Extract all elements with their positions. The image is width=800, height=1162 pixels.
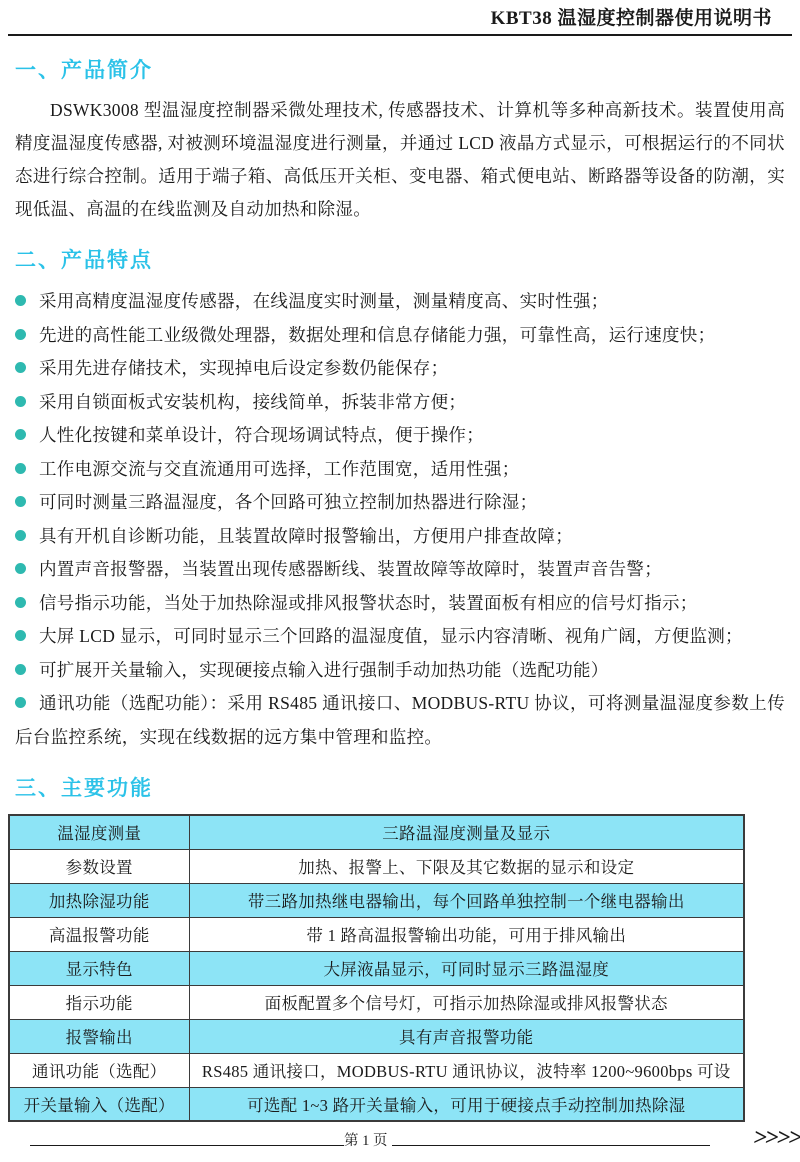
function-desc-cell: 带三路加热继电器输出，每个回路单独控制一个继电器输出 — [189, 883, 744, 917]
feature-item: 采用自锁面板式安装机构，接线简单，拆装非常方便； — [15, 386, 785, 420]
feature-text: 具有开机自诊断功能，且装置故障时报警输出，方便用户排查故障； — [39, 526, 573, 546]
feature-text: 通讯功能（选配功能）：采用 RS485 通讯接口、MODBUS-RTU 协议，可… — [15, 693, 785, 747]
function-name-cell: 报警输出 — [9, 1019, 189, 1053]
feature-text: 大屏 LCD 显示，可同时显示三个回路的温湿度值，显示内容清晰、视角广阔，方便监… — [39, 626, 743, 646]
function-desc-cell: 三路温湿度测量及显示 — [189, 815, 744, 849]
header-divider — [8, 34, 792, 36]
section-heading-functions: 三、主要功能 — [15, 774, 800, 804]
function-name-cell: 显示特色 — [9, 951, 189, 985]
table-row: 高温报警功能 带 1 路高温报警输出功能，可用于排风输出 — [9, 917, 744, 951]
bullet-icon — [15, 697, 26, 708]
function-name-cell: 指示功能 — [9, 985, 189, 1019]
bullet-icon — [15, 396, 26, 407]
feature-item: 具有开机自诊断功能，且装置故障时报警输出，方便用户排查故障； — [15, 520, 785, 554]
table-row: 指示功能 面板配置多个信号灯，可指示加热除湿或排风报警状态 — [9, 985, 744, 1019]
feature-item: 人性化按键和菜单设计，符合现场调试特点，便于操作； — [15, 419, 785, 453]
feature-item: 采用先进存储技术，实现掉电后设定参数仍能保存； — [15, 352, 785, 386]
feature-text: 可同时测量三路温湿度，各个回路可独立控制加热器进行除湿； — [39, 492, 537, 512]
feature-text: 采用高精度温湿度传感器，在线温度实时测量，测量精度高、实时性强； — [39, 291, 609, 311]
page-footer: 第 1 页 >>>> — [0, 1114, 800, 1156]
bullet-icon — [15, 597, 26, 608]
bullet-icon — [15, 496, 26, 507]
function-desc-cell: 面板配置多个信号灯，可指示加热除湿或排风报警状态 — [189, 985, 744, 1019]
intro-paragraph: DSWK3008 型温湿度控制器采微处理技术, 传感器技术、计算机等多种高新技术… — [15, 94, 785, 226]
table-row: 加热除湿功能 带三路加热继电器输出，每个回路单独控制一个继电器输出 — [9, 883, 744, 917]
feature-item: 可扩展开关量输入，实现硬接点输入进行强制手动加热功能（选配功能） — [15, 654, 785, 688]
page-number: 第 1 页 — [344, 1129, 388, 1150]
function-desc-cell: 大屏液晶显示，可同时显示三路温湿度 — [189, 951, 744, 985]
bullet-icon — [15, 295, 26, 306]
bullet-icon — [15, 329, 26, 340]
doc-title: KBT38 温湿度控制器使用说明书 — [8, 6, 772, 32]
feature-item: 大屏 LCD 显示，可同时显示三个回路的温湿度值，显示内容清晰、视角广阔，方便监… — [15, 620, 785, 654]
feature-text: 采用先进存储技术，实现掉电后设定参数仍能保存； — [39, 358, 448, 378]
table-row: 显示特色 大屏液晶显示，可同时显示三路温湿度 — [9, 951, 744, 985]
feature-item: 可同时测量三路温湿度，各个回路可独立控制加热器进行除湿； — [15, 486, 785, 520]
function-desc-cell: 具有声音报警功能 — [189, 1019, 744, 1053]
section-heading-intro: 一、产品简介 — [15, 56, 800, 86]
feature-item: 内置声音报警器，当装置出现传感器断线、装置故障等故障时，装置声音告警； — [15, 553, 785, 587]
feature-item: 通讯功能（选配功能）：采用 RS485 通讯接口、MODBUS-RTU 协议，可… — [15, 687, 785, 754]
footer-rule-right — [392, 1145, 710, 1146]
next-page-marker: >>>> — [751, 1125, 800, 1152]
function-desc-cell: 加热、报警上、下限及其它数据的显示和设定 — [189, 849, 744, 883]
bullet-icon — [15, 563, 26, 574]
function-desc-cell: 带 1 路高温报警输出功能，可用于排风输出 — [189, 917, 744, 951]
feature-text: 内置声音报警器，当装置出现传感器断线、装置故障等故障时，装置声音告警； — [39, 559, 662, 579]
feature-item: 采用高精度温湿度传感器，在线温度实时测量，测量精度高、实时性强； — [15, 285, 785, 319]
feature-text: 工作电源交流与交直流通用可选择，工作范围宽，适用性强； — [39, 459, 520, 479]
bullet-icon — [15, 664, 26, 675]
feature-text: 先进的高性能工业级微处理器，数据处理和信息存储能力强，可靠性高，运行速度快； — [39, 325, 715, 345]
functions-table: 温湿度测量 三路温湿度测量及显示 参数设置 加热、报警上、下限及其它数据的显示和… — [8, 814, 745, 1122]
doc-header: KBT38 温湿度控制器使用说明书 — [0, 6, 800, 36]
feature-item: 信号指示功能，当处于加热除湿或排风报警状态时，装置面板有相应的信号灯指示； — [15, 587, 785, 621]
table-row: 报警输出 具有声音报警功能 — [9, 1019, 744, 1053]
function-name-cell: 高温报警功能 — [9, 917, 189, 951]
feature-text: 采用自锁面板式安装机构，接线简单，拆装非常方便； — [39, 392, 466, 412]
function-name-cell: 通讯功能（选配） — [9, 1053, 189, 1087]
features-list: 采用高精度温湿度传感器，在线温度实时测量，测量精度高、实时性强； 先进的高性能工… — [15, 285, 785, 754]
bullet-icon — [15, 362, 26, 373]
table-row: 参数设置 加热、报警上、下限及其它数据的显示和设定 — [9, 849, 744, 883]
feature-text: 可扩展开关量输入，实现硬接点输入进行强制手动加热功能（选配功能） — [39, 660, 609, 680]
function-name-cell: 温湿度测量 — [9, 815, 189, 849]
bullet-icon — [15, 530, 26, 541]
table-row: 通讯功能（选配） RS485 通讯接口，MODBUS-RTU 通讯协议，波特率 … — [9, 1053, 744, 1087]
feature-text: 人性化按键和菜单设计，符合现场调试特点，便于操作； — [39, 425, 484, 445]
feature-item: 工作电源交流与交直流通用可选择，工作范围宽，适用性强； — [15, 453, 785, 487]
footer-rule-left — [30, 1145, 344, 1146]
feature-item: 先进的高性能工业级微处理器，数据处理和信息存储能力强，可靠性高，运行速度快； — [15, 319, 785, 353]
table-row: 温湿度测量 三路温湿度测量及显示 — [9, 815, 744, 849]
function-name-cell: 参数设置 — [9, 849, 189, 883]
bullet-icon — [15, 429, 26, 440]
section-heading-features: 二、产品特点 — [15, 246, 800, 276]
bullet-icon — [15, 630, 26, 641]
feature-text: 信号指示功能，当处于加热除湿或排风报警状态时，装置面板有相应的信号灯指示； — [39, 593, 698, 613]
manual-page: KBT38 温湿度控制器使用说明书 一、产品简介 DSWK3008 型温湿度控制… — [0, 0, 800, 1162]
function-desc-cell: RS485 通讯接口，MODBUS-RTU 通讯协议，波特率 1200~9600… — [189, 1053, 744, 1087]
bullet-icon — [15, 463, 26, 474]
function-name-cell: 加热除湿功能 — [9, 883, 189, 917]
